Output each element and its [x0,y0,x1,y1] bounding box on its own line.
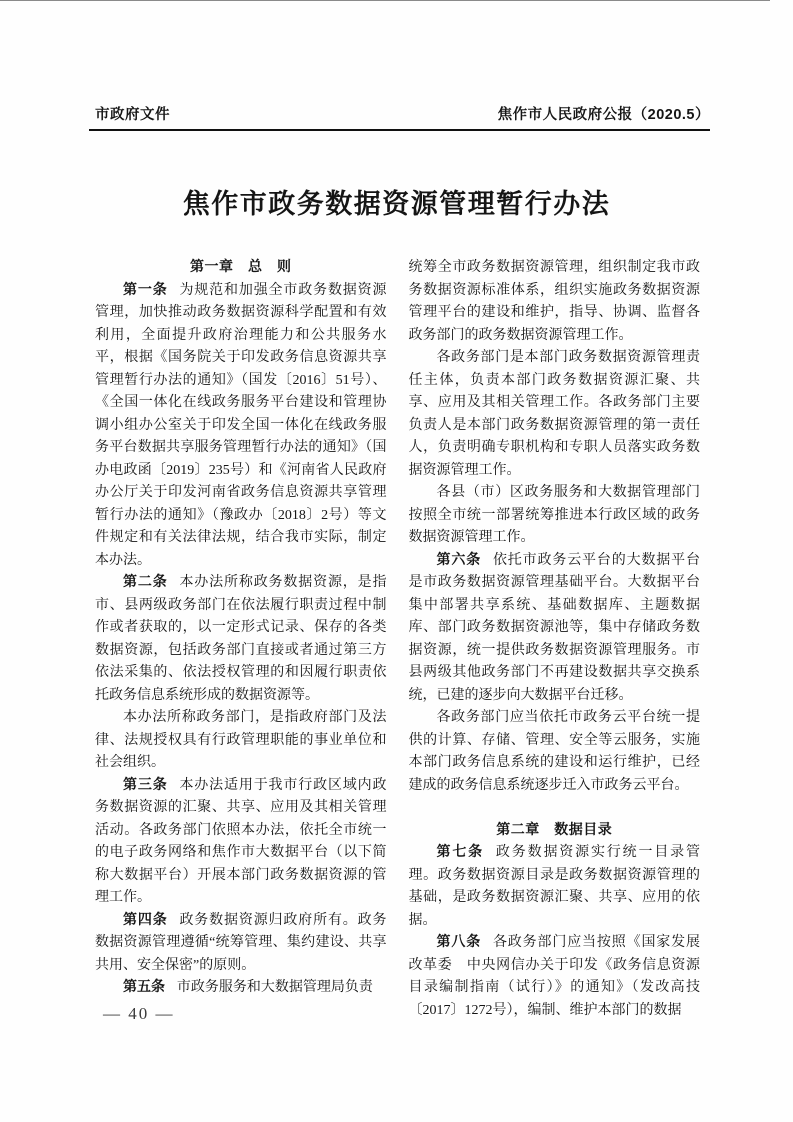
scan-edge-line [0,0,770,1]
chapter-heading: 第一章 总 则 [95,257,387,280]
paragraph: 各政务部门应当依托市政务云平台统一提供的计算、存储、管理、安全等云服务，实施本部… [409,707,701,797]
paragraph: 各政务部门是本部门政务数据资源管理责任主体，负责本部门政务数据资源汇聚、共享、应… [409,347,701,482]
header-rule [89,129,710,131]
article-number: 第一条 [123,283,168,298]
right-column: 统筹全市政务数据资源管理，组织制定我市政务数据资源标准体系，组织实施政务数据资源… [409,257,701,1022]
paragraph: 本办法所称政务部门，是指政府部门及法律、法规授权具有行政管理职能的事业单位和社会… [95,707,387,775]
paragraph: 第三条本办法适用于我市行政区域内政务数据资源的汇聚、共享、应用及其相关管理活动。… [95,775,387,910]
page-footer: — 40 — [103,1004,175,1024]
paragraph: 第八条各政务部门应当按照《国家发展改革委 中央网信办关于印发《政务信息资源目录编… [409,932,701,1022]
paragraph: 第六条依托市政务云平台的大数据平台是市政务数据资源管理基础平台。大数据平台集中部… [409,550,701,708]
paragraph: 第四条政务数据资源归政府所有。政务数据资源管理遵循“统筹管理、集约建设、共享共用… [95,910,387,978]
article-number: 第三条 [123,778,168,793]
article-number: 第八条 [437,935,482,950]
left-column: 第一章 总 则第一条为规范和加强全市政务数据资源管理，加快推动政务数据资源科学配… [95,257,387,1022]
gazette-page: 市政府文件 焦作市人民政府公报（2020.5） 焦作市政务数据资源管理暂行办法 … [0,0,793,1122]
chapter-heading: 第二章 数据目录 [409,820,701,843]
page-header: 市政府文件 焦作市人民政府公报（2020.5） [95,103,710,124]
paragraph: 第一条为规范和加强全市政务数据资源管理，加快推动政务数据资源科学配置和有效利用，… [95,280,387,573]
paragraph: 统筹全市政务数据资源管理，组织制定我市政务数据资源标准体系，组织实施政务数据资源… [409,257,701,347]
document-title: 焦作市政务数据资源管理暂行办法 [0,182,793,221]
article-number: 第六条 [437,553,482,568]
paragraph: 第二条本办法所称政务数据资源，是指市、县两级政务部门在依法履行职责过程中制作或者… [95,572,387,707]
header-gazette-name: 焦作市人民政府公报（2020.5） [498,103,710,124]
article-number: 第七条 [437,845,485,860]
paragraph: 各县（市）区政务服务和大数据管理部门按照全市统一部署统筹推进本行政区域的政务数据… [409,482,701,550]
page-number: — 40 — [103,1004,175,1023]
article-number: 第二条 [123,575,168,590]
document-body: 第一章 总 则第一条为规范和加强全市政务数据资源管理，加快推动政务数据资源科学配… [95,257,700,1022]
paragraph: 第五条市政务服务和大数据管理局负责 [95,977,387,1000]
header-document-category: 市政府文件 [95,103,170,124]
article-number: 第五条 [123,980,165,995]
article-number: 第四条 [123,913,168,928]
paragraph: 第七条政务数据资源实行统一目录管理。政务数据资源目录是政务数据资源管理的基础，是… [409,842,701,932]
